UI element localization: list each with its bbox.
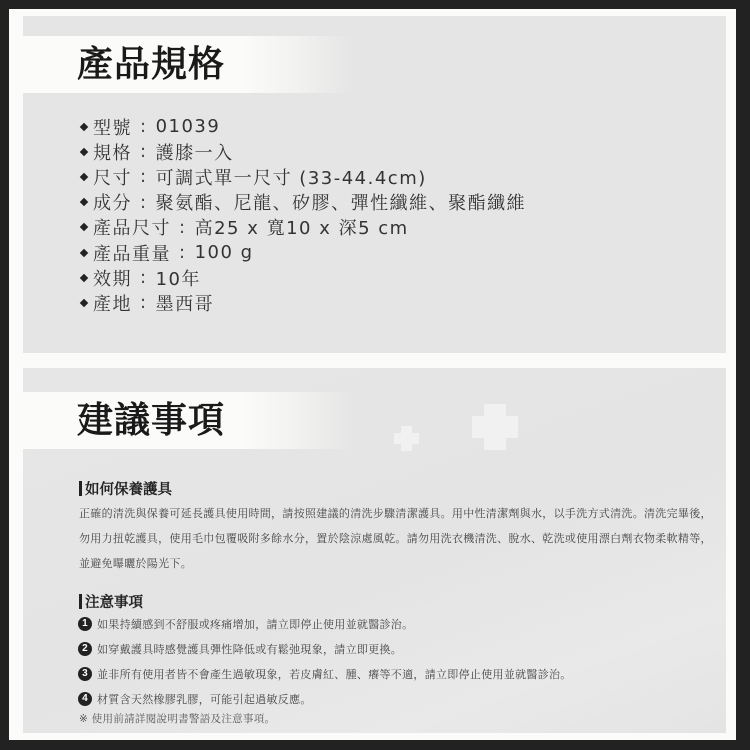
care-heading: 如何保養護具 (79, 478, 172, 499)
spec-value: 100 g (195, 242, 254, 263)
advice-panel: 建議事項 如何保養護具 正確的清洗與保養可延長護具使用時間，請按照建議的清洗步驟… (23, 368, 726, 733)
heading-bar-icon (79, 594, 82, 609)
spec-label: 產品重量 (93, 240, 171, 266)
caution-heading-text: 注意事項 (85, 591, 143, 612)
advice-title: 建議事項 (77, 398, 225, 444)
caution-text: 材質含天然橡膠乳膠，可能引起過敏反應。 (97, 691, 312, 707)
diamond-bullet-icon (80, 248, 88, 256)
spec-value: 可調式單一尺寸 (33-44.4cm) (156, 164, 427, 190)
caution-text: 如穿戴護具時感覺護具彈性降低或有鬆弛現象，請立即更換。 (97, 641, 402, 657)
spec-separator: : (140, 166, 148, 187)
spec-label: 規格 (93, 139, 132, 165)
specs-title-band: 產品規格 (23, 36, 353, 93)
spec-separator: : (140, 292, 148, 313)
heading-bar-icon (79, 481, 82, 496)
spec-label: 成分 (93, 189, 132, 215)
diamond-bullet-icon (80, 299, 88, 307)
footnote: ※ 使用前請詳閱說明書警語及注意事項。 (79, 711, 275, 726)
specs-panel: 產品規格 型號 : 01039 規格 : 護膝一入 尺寸 : 可調式單一尺寸 (… (23, 16, 726, 353)
spec-item-weight: 產品重量 : 100 g (79, 240, 526, 265)
spec-item-material: 成分 : 聚氨酯、尼龍、矽膠、彈性纖維、聚酯纖維 (79, 190, 526, 215)
spec-separator: : (140, 116, 148, 137)
spec-separator: : (140, 267, 148, 288)
spec-separator: : (140, 141, 148, 162)
caution-item: 3 並非所有使用者皆不會產生過敏現象，若皮膚紅、腫、癢等不適，請立即停止使用並就… (78, 661, 572, 686)
caution-item: 2 如穿戴護具時感覺護具彈性降低或有鬆弛現象，請立即更換。 (78, 636, 572, 661)
spec-label: 型號 (93, 114, 132, 140)
number-circle-icon: 4 (78, 692, 92, 706)
diamond-bullet-icon (80, 198, 88, 206)
spec-separator: : (179, 242, 187, 263)
spec-value: 護膝一入 (156, 139, 234, 165)
spec-list: 型號 : 01039 規格 : 護膝一入 尺寸 : 可調式單一尺寸 (33-44… (79, 114, 526, 316)
caution-list: 1 如果持續感到不舒服或疼痛增加，請立即停止使用並就醫診治。 2 如穿戴護具時感… (78, 611, 572, 711)
caution-text: 如果持續感到不舒服或疼痛增加，請立即停止使用並就醫診治。 (97, 616, 413, 632)
advice-title-band: 建議事項 (23, 392, 353, 449)
specs-title: 產品規格 (77, 42, 225, 88)
caution-text: 並非所有使用者皆不會產生過敏現象，若皮膚紅、腫、癢等不適，請立即停止使用並就醫診… (97, 666, 572, 682)
number-circle-icon: 3 (78, 667, 92, 681)
spec-label: 效期 (93, 265, 132, 291)
spec-item-shelf-life: 效期 : 10年 (79, 265, 526, 290)
spec-item-model: 型號 : 01039 (79, 114, 526, 139)
diamond-bullet-icon (80, 148, 88, 156)
spec-value: 10年 (156, 265, 201, 291)
spec-label: 尺寸 (93, 164, 132, 190)
number-circle-icon: 1 (78, 617, 92, 631)
caution-item: 4 材質含天然橡膠乳膠，可能引起過敏反應。 (78, 686, 572, 711)
care-text: 正確的清洗與保養可延長護具使用時間，請按照建議的清洗步驟清潔護具。用中性清潔劑與… (79, 501, 719, 576)
number-circle-icon: 2 (78, 642, 92, 656)
diamond-bullet-icon (80, 223, 88, 231)
spec-label: 產地 (93, 290, 132, 316)
spec-item-size: 尺寸 : 可調式單一尺寸 (33-44.4cm) (79, 164, 526, 189)
spec-value: 墨西哥 (156, 290, 215, 316)
care-heading-text: 如何保養護具 (85, 478, 172, 499)
spec-separator: : (179, 217, 187, 238)
spec-value: 聚氨酯、尼龍、矽膠、彈性纖維、聚酯纖維 (156, 189, 527, 215)
spec-item-dimensions: 產品尺寸 : 高25 x 寬10 x 深5 cm (79, 215, 526, 240)
spec-label: 產品尺寸 (93, 214, 171, 240)
spec-value: 01039 (156, 116, 221, 137)
diamond-bullet-icon (80, 122, 88, 130)
page-frame: 產品規格 型號 : 01039 規格 : 護膝一入 尺寸 : 可調式單一尺寸 (… (9, 9, 736, 740)
medical-cross-icon (401, 426, 412, 451)
spec-item-origin: 產地 : 墨西哥 (79, 290, 526, 315)
diamond-bullet-icon (80, 173, 88, 181)
spec-separator: : (140, 192, 148, 213)
spec-value: 高25 x 寬10 x 深5 cm (195, 214, 409, 240)
caution-heading: 注意事項 (79, 591, 143, 612)
medical-cross-icon (484, 404, 506, 450)
spec-item-spec: 規格 : 護膝一入 (79, 139, 526, 164)
diamond-bullet-icon (80, 273, 88, 281)
caution-item: 1 如果持續感到不舒服或疼痛增加，請立即停止使用並就醫診治。 (78, 611, 572, 636)
